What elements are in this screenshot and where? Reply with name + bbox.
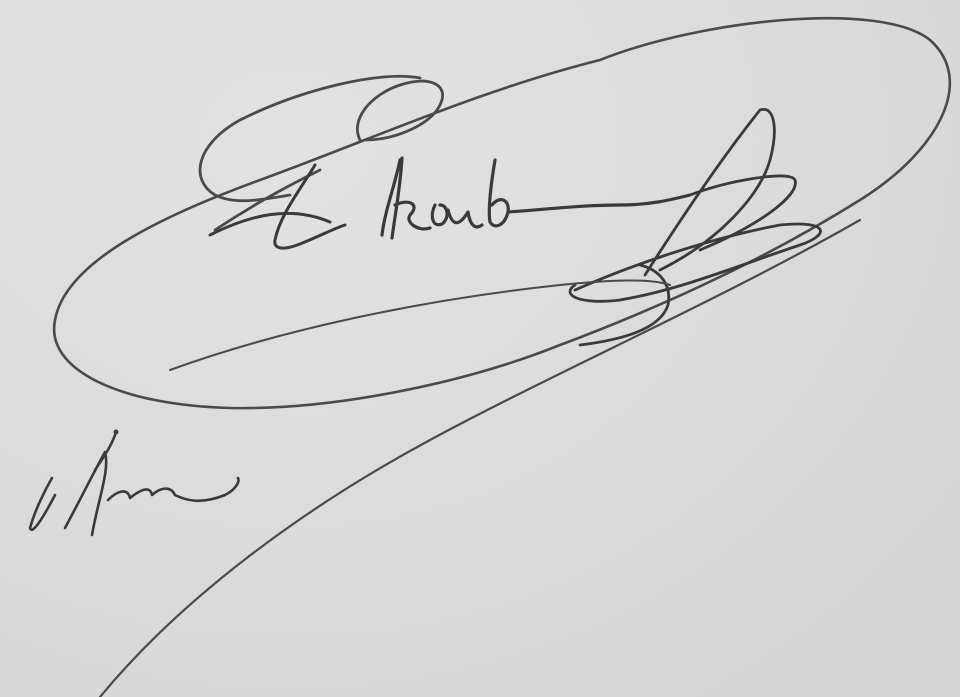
oval-flourish xyxy=(54,18,950,408)
signature-drawing xyxy=(0,0,960,697)
letter-g xyxy=(200,76,443,230)
letter-initial xyxy=(210,165,345,248)
descending-sweep xyxy=(100,220,860,697)
paraph-flourish xyxy=(570,109,820,345)
annotation-script xyxy=(30,432,238,535)
scanned-paper: G. Straube v Wien xyxy=(0,0,960,697)
surname-script xyxy=(382,158,690,238)
ink-dot xyxy=(114,430,119,435)
